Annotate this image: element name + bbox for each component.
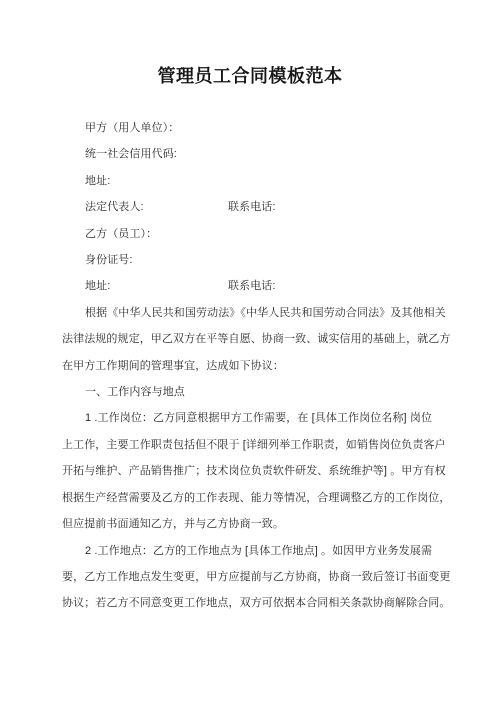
section-1-heading: 一、工作内容与地点 — [62, 379, 456, 405]
field-address-b-and-phone: 地址:联系电话: — [62, 273, 456, 299]
field-credit-code: 统一社会信用代码: — [62, 141, 456, 167]
doc-title: 管理员工合同模板范本 — [0, 62, 500, 90]
clause-2-line-1: 2 .工作地点：乙方的工作地点为 [具体工作地点] 。如因甲方业务发展需 — [62, 538, 456, 564]
doc-body: 甲方（用人单位）： 统一社会信用代码: 地址: 法定代表人:联系电话: 乙方（员… — [0, 115, 500, 617]
field-legal-rep-and-phone: 法定代表人:联系电话: — [62, 194, 456, 220]
intro-line-2: 法律法规的规定，甲乙双方在平等自愿、协商一致、诚实信用的基础上，就乙方 — [62, 326, 456, 352]
field-legal-rep-label: 法定代表人: — [85, 194, 228, 220]
clause-1-line-4: 根据生产经营需要及乙方的工作表现、能力等情况，合理调整乙方的工作岗位， — [62, 485, 456, 511]
field-address-a-label: 地址: — [85, 175, 110, 187]
clause-2-line-3: 协议；若乙方不同意变更工作地点，双方可依据本合同相关条款协商解除合同。 — [62, 590, 456, 616]
field-address-a: 地址: — [62, 168, 456, 194]
field-phone-a-label: 联系电话: — [228, 201, 276, 213]
field-party-b-label: 乙方（员工）： — [85, 228, 157, 240]
clause-2-line-2: 要，乙方工作地点发生变更，甲方应提前与乙方协商，协商一致后签订书面变更 — [62, 564, 456, 590]
clause-1-line-5: 但应提前书面通知乙方，并与乙方协商一致。 — [62, 511, 456, 537]
field-party-a: 甲方（用人单位）： — [62, 115, 456, 141]
intro-line-3: 在甲方工作期间的管理事宜，达成如下协议： — [62, 353, 456, 379]
field-party-a-label: 甲方（用人单位）： — [85, 122, 179, 134]
intro-line-1: 根据《中华人民共和国劳动法》《中华人民共和国劳动合同法》及其他相关 — [62, 300, 456, 326]
field-credit-code-label: 统一社会信用代码: — [85, 148, 177, 160]
field-address-b-label: 地址: — [85, 273, 228, 299]
field-phone-b-label: 联系电话: — [228, 280, 276, 292]
field-id-number-label: 身份证号: — [85, 254, 133, 266]
field-party-b: 乙方（员工）： — [62, 221, 456, 247]
clause-1-line-3: 开拓与维护、产品销售推广；技术岗位负责软件研发、系统维护等] 。甲方有权 — [62, 458, 456, 484]
field-id-number: 身份证号: — [62, 247, 456, 273]
document-page: 管理员工合同模板范本 甲方（用人单位）： 统一社会信用代码: 地址: 法定代表人… — [0, 0, 500, 707]
clause-1-line-2: 上工作，主要工作职责包括但不限于 [详细列举工作职责，如销售岗位负责客户 — [62, 432, 456, 458]
clause-1-line-1: 1 .工作岗位：乙方同意根据甲方工作需要，在 [具体工作岗位名称] 岗位 — [62, 405, 456, 431]
